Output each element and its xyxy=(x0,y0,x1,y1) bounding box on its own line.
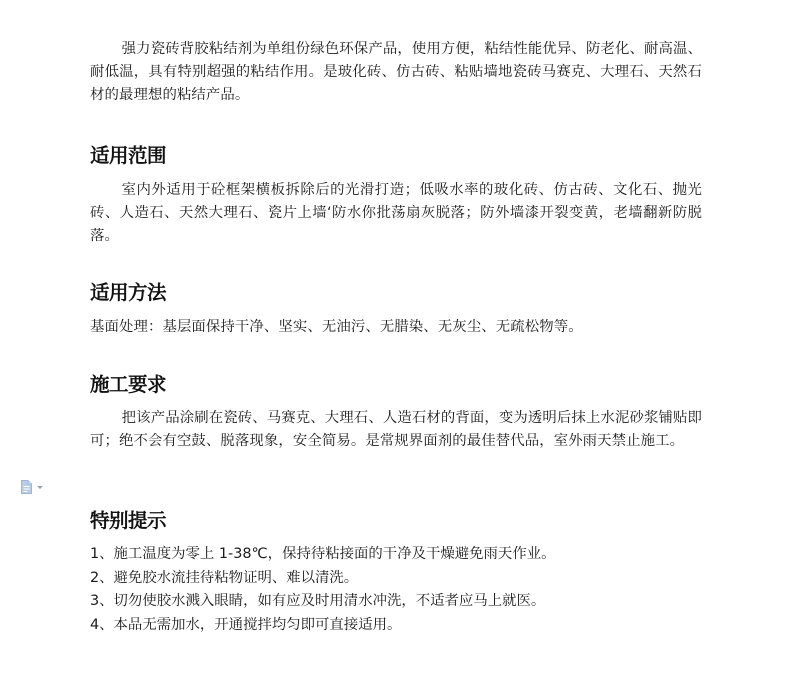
tip-item-4: 4、本品无需加水，开通搅拌均匀即可直接适用。 xyxy=(90,614,702,638)
section-requirements: 施工要求 把该产品涂刷在瓷砖、马赛克、大理石、人造石材的背面，变为透明后抹上水泥… xyxy=(90,372,702,453)
section-scope: 适用范围 室内外适用于砼框架横板拆除后的光滑打造；低吸水率的玻化砖、仿古砖、文化… xyxy=(90,143,702,248)
scope-paragraph: 室内外适用于砼框架横板拆除后的光滑打造；低吸水率的玻化砖、仿古砖、文化石、抛光砖… xyxy=(90,179,702,248)
section-heading-tips: 特别提示 xyxy=(90,508,702,534)
chevron-down-icon[interactable] xyxy=(37,486,43,489)
section-heading-requirements: 施工要求 xyxy=(90,372,702,398)
intro-paragraph: 强力瓷砖背胶粘结剂为单组份绿色环保产品，使用方便，粘结性能优异、防老化、耐高温、… xyxy=(90,38,702,107)
paragraph-layout-button[interactable] xyxy=(21,479,43,493)
tips-list: 1、施工温度为零上 1-38℃，保持待粘接面的干净及干燥避免雨天作业。 2、避免… xyxy=(90,543,702,637)
tip-item-1: 1、施工温度为零上 1-38℃，保持待粘接面的干净及干燥避免雨天作业。 xyxy=(90,543,702,567)
requirements-paragraph: 把该产品涂刷在瓷砖、马赛克、大理石、人造石材的背面，变为透明后抹上水泥砂浆铺贴即… xyxy=(90,407,702,453)
intro-section: 强力瓷砖背胶粘结剂为单组份绿色环保产品，使用方便，粘结性能优异、防老化、耐高温、… xyxy=(90,38,702,107)
method-paragraph: 基面处理：基层面保持干净、坚实、无油污、无腊染、无灰尘、无疏松物等。 xyxy=(90,316,702,339)
section-method: 适用方法 基面处理：基层面保持干净、坚实、无油污、无腊染、无灰尘、无疏松物等。 xyxy=(90,280,702,339)
section-heading-scope: 适用范围 xyxy=(90,143,702,169)
document-icon xyxy=(21,479,32,493)
section-heading-method: 适用方法 xyxy=(90,280,702,306)
tip-item-3: 3、切勿使胶水溅入眼睛，如有应及时用清水冲洗，不适者应马上就医。 xyxy=(90,590,702,614)
tip-item-2: 2、避免胶水流挂待粘物证明、难以清洗。 xyxy=(90,567,702,591)
section-tips: 特别提示 1、施工温度为零上 1-38℃，保持待粘接面的干净及干燥避免雨天作业。… xyxy=(90,508,702,637)
